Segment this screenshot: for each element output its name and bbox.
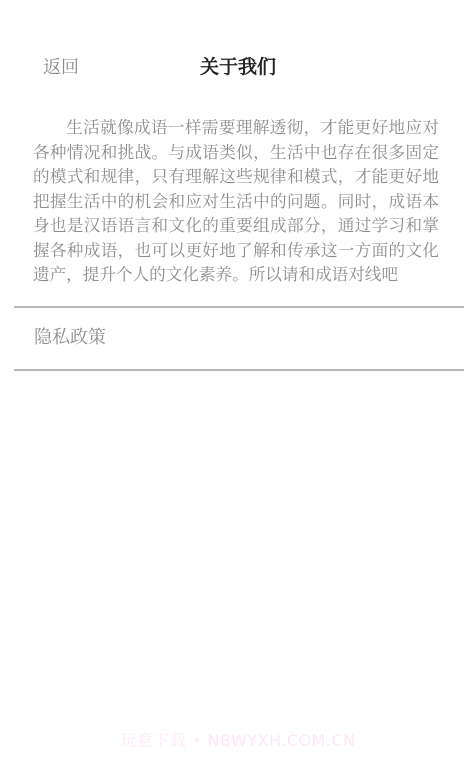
watermark-text: 玩意下载 • NBWYXH.COM.CN: [0, 728, 476, 751]
header-bar: 返回 关于我们: [0, 48, 476, 88]
about-description: 生活就像成语一样需要理解透彻，才能更好地应对各种情况和挑战。与成语类似，生活中也…: [33, 116, 439, 288]
divider-bottom: [14, 369, 464, 371]
page-title: 关于我们: [0, 54, 476, 80]
privacy-policy-label: 隐私政策: [34, 326, 106, 350]
privacy-policy-item[interactable]: 隐私政策: [14, 308, 464, 369]
